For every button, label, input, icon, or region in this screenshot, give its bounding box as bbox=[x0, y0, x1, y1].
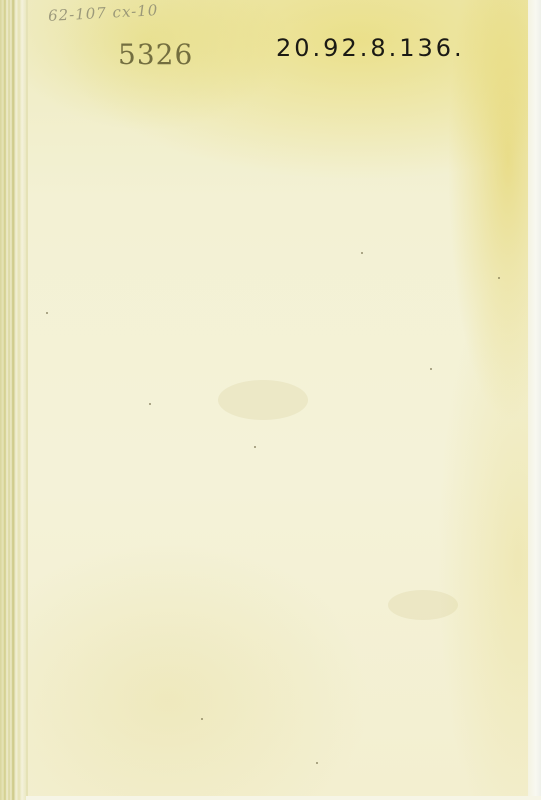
scan-right-margin bbox=[528, 0, 541, 800]
paper-speck bbox=[316, 762, 318, 764]
paper-stain bbox=[218, 380, 308, 420]
scan-bottom-margin bbox=[26, 796, 541, 800]
paper-speck bbox=[498, 277, 500, 279]
paper-speck bbox=[46, 312, 48, 314]
paper-speck bbox=[430, 368, 432, 370]
stamped-number: 5326 bbox=[118, 38, 193, 71]
paper-speck bbox=[149, 403, 151, 405]
blank-page bbox=[28, 0, 528, 796]
ink-shelfmark: 20.92.8.136. bbox=[276, 34, 465, 62]
paper-speck bbox=[201, 718, 203, 720]
scanned-page: 62-107 cx-10 5326 20.92.8.136. bbox=[0, 0, 541, 800]
paper-stain bbox=[388, 590, 458, 620]
page-stack-edge bbox=[0, 0, 26, 800]
paper-speck bbox=[361, 252, 363, 254]
paper-speck bbox=[254, 446, 256, 448]
